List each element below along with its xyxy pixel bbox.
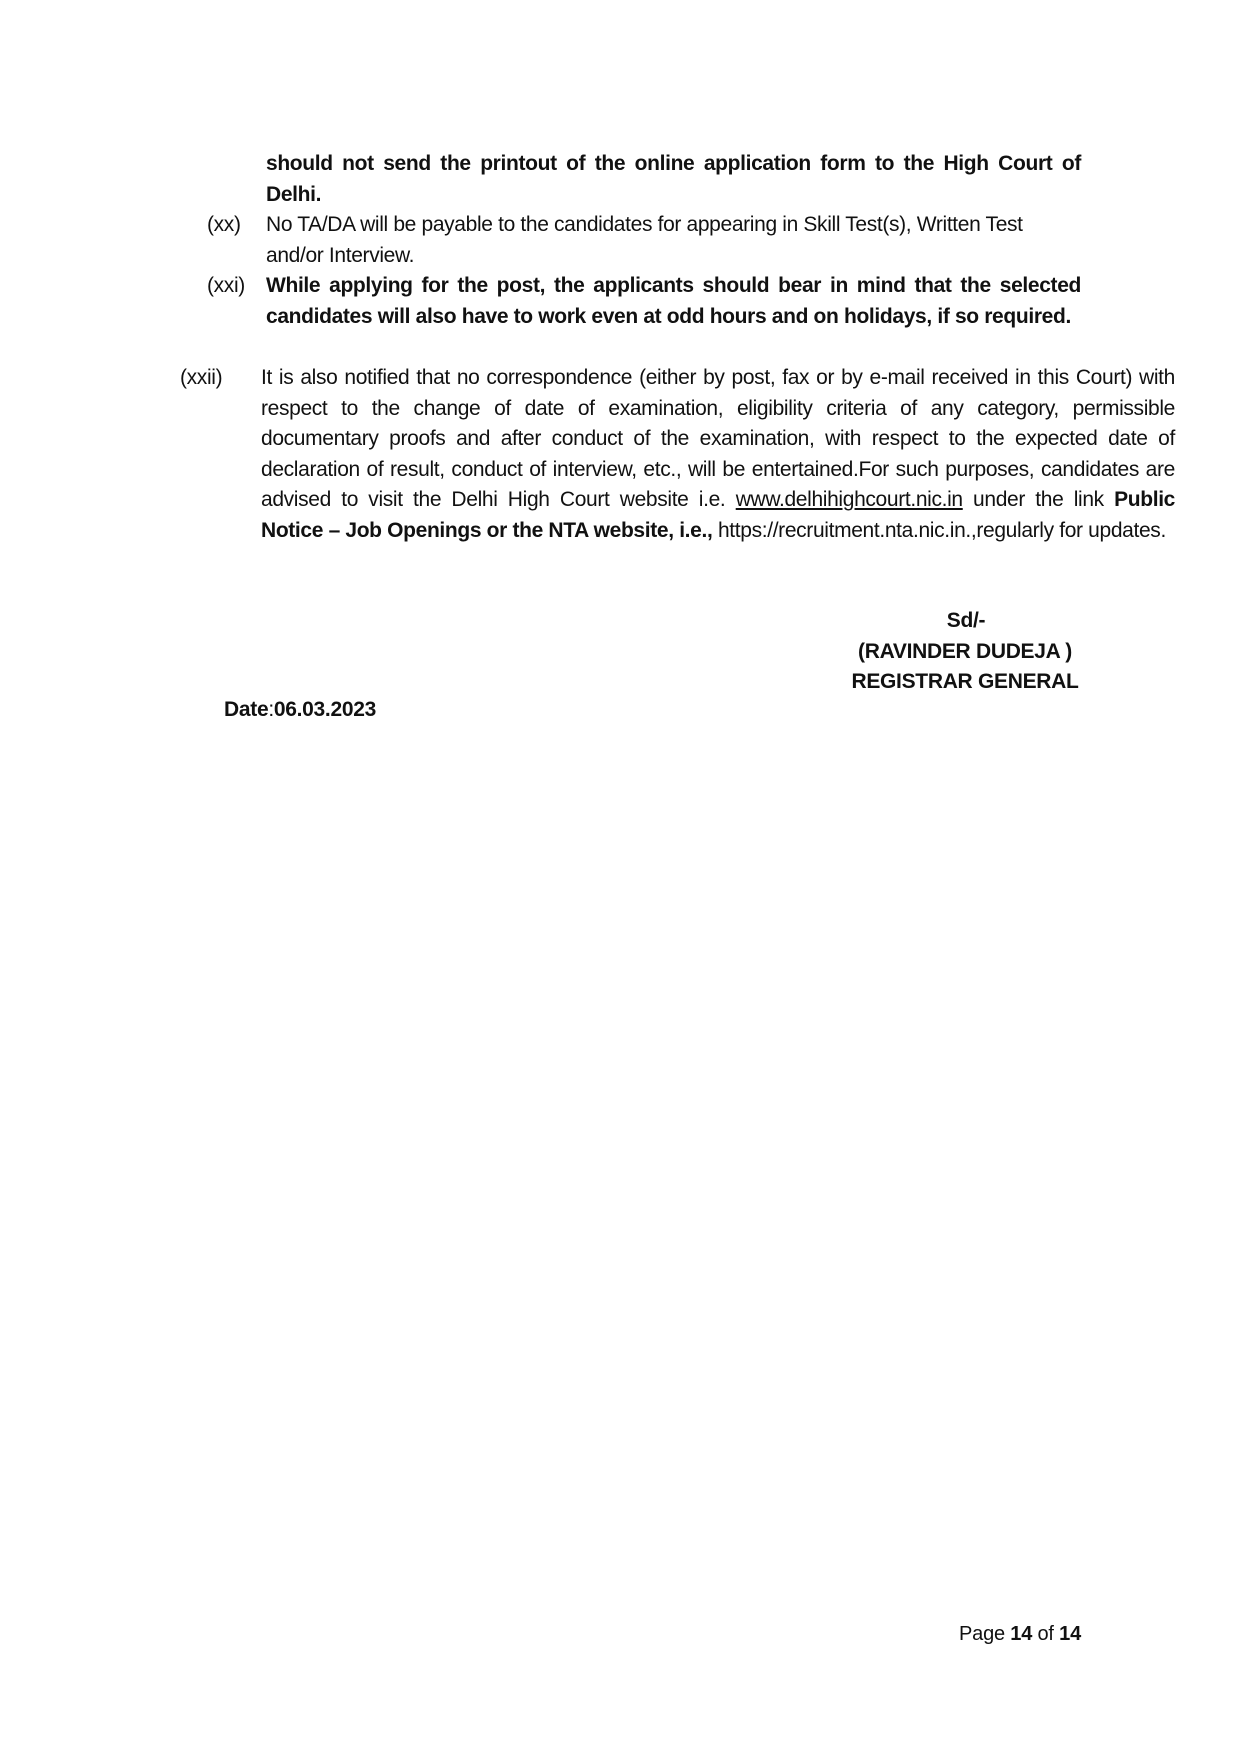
- item-xxii-marker: (xxii): [180, 363, 222, 394]
- footer-total-pages: 14: [1059, 1623, 1081, 1645]
- signature-block: Sd/- (RAVINDER DUDEJA ) REGISTRAR GENERA…: [845, 606, 1085, 698]
- signatory-name: (RAVINDER DUDEJA ): [845, 637, 1085, 668]
- signature-sd: Sd/-: [845, 606, 1085, 637]
- item-xxi-paragraph: While applying for the post, the applica…: [266, 271, 1081, 332]
- item-xxi-marker: (xxi): [207, 271, 245, 302]
- footer-current-page: 14: [1010, 1623, 1032, 1645]
- item-xxii-text-part2: under the link: [963, 488, 1114, 511]
- document-page: should not send the printout of the onli…: [0, 0, 1241, 1755]
- date-line: Date:06.03.2023: [224, 695, 376, 726]
- continuation-text: should not send the printout of the onli…: [266, 152, 1081, 206]
- item-xxi-text: While applying for the post, the applica…: [266, 274, 1081, 328]
- page-number-footer: Page 14 of 14: [959, 1621, 1081, 1647]
- item-xx-paragraph: No TA/DA will be payable to the candidat…: [266, 210, 1084, 271]
- signatory-designation: REGISTRAR GENERAL: [845, 667, 1085, 698]
- item-xxii-text-part3: https://recruitment.nta.nic.in.,regularl…: [712, 519, 1165, 542]
- item-xxii-paragraph: It is also notified that no corresponden…: [261, 363, 1175, 546]
- date-value: 06.03.2023: [274, 698, 376, 721]
- footer-of-word: of: [1038, 1623, 1054, 1645]
- date-label: Date: [224, 698, 268, 721]
- footer-page-word: Page: [959, 1623, 1005, 1645]
- delhi-high-court-website-link[interactable]: www.delhihighcourt.nic.in: [736, 488, 963, 511]
- item-xx-text: No TA/DA will be payable to the candidat…: [266, 213, 1023, 267]
- item-xx-marker: (xx): [207, 210, 241, 241]
- continuation-paragraph: should not send the printout of the onli…: [266, 149, 1081, 210]
